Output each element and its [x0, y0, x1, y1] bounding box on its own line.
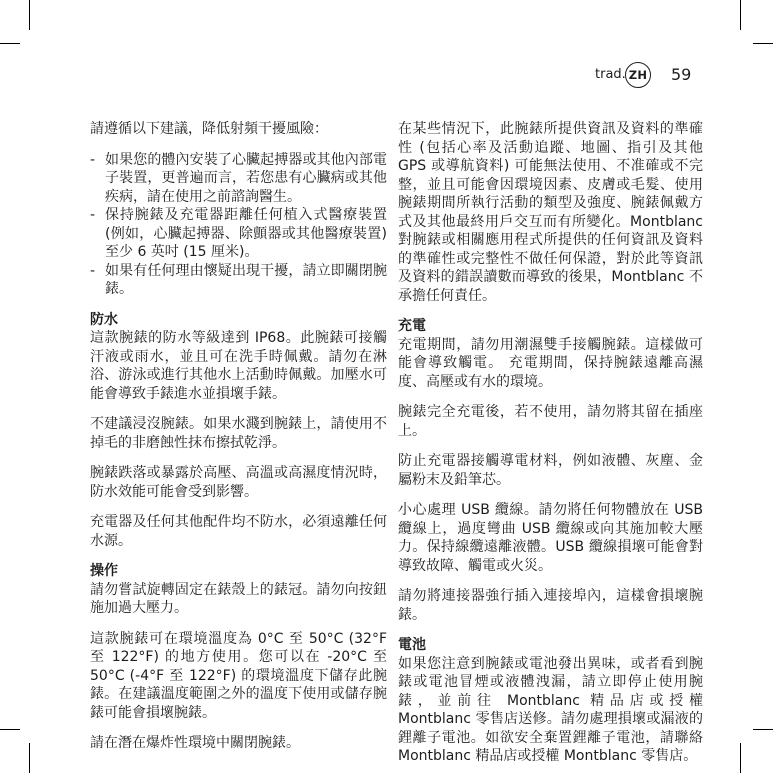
bullet-text-turn-off: 如果有任何理由懷疑出現干擾，請立即關閉腕錶。: [105, 262, 387, 299]
waterproof-paragraph: 腕錶跌落或暴露於高壓、高溫或高濕度情況時，防水效能可能會受到影響。: [90, 464, 387, 501]
bullet-item: - 如果有任何理由懷疑出現干擾，請立即關閉腕錶。: [90, 262, 387, 299]
section-heading-waterproof: 防水: [90, 311, 387, 330]
crop-mark-bottom-left-horizontal: [0, 729, 20, 730]
crop-mark-top-left-vertical: [29, 0, 30, 30]
section-operation: 操作 請勿嘗試旋轉固定在錶殼上的錶冠。請勿向按鈕施加過大壓力。 這款腕錶可在環境…: [90, 562, 387, 753]
charging-paragraph: 請勿將連接器強行插入連接埠內，這樣會損壞腕錶。: [398, 587, 703, 624]
waterproof-paragraph: 不建議浸沒腕錶。如果水濺到腕錶上，請使用不掉毛的非磨蝕性抹布擦拭乾淨。: [90, 415, 387, 452]
crop-mark-bottom-right-vertical: [740, 743, 741, 773]
bullet-dash: -: [90, 206, 105, 262]
bullet-dash: -: [90, 262, 105, 299]
section-charging: 充電 充電期間，請勿用潮濕雙手接觸腕錶。這樣做可能會導致觸電。 充電期間，保持腕…: [398, 317, 703, 624]
bullet-text-medical-distance: 保持腕錶及充電器距離任何植入式醫療裝置 (例如，心臟起搏器、除顫器或其他醫療裝置…: [105, 206, 387, 262]
operation-paragraph: 這款腕錶可在環境溫度為 0°C 至 50°C (32°F 至 122°F) 的地…: [90, 630, 387, 723]
charging-paragraph: 充電期間，請勿用潮濕雙手接觸腕錶。這樣做可能會導致觸電。 充電期間，保持腕錶遠離…: [398, 336, 703, 392]
section-heading-battery: 電池: [398, 636, 703, 655]
manual-page: trad. ZH 59 請遵循以下建議，降低射頻干擾風險： - 如果您的體內安裝…: [0, 0, 773, 773]
crop-mark-bottom-right-horizontal: [753, 729, 773, 730]
bullet-dash: -: [90, 151, 105, 207]
crop-mark-top-right-horizontal: [753, 43, 773, 44]
rf-interference-bullet-list: - 如果您的體內安裝了心臟起搏器或其他內部電子裝置，更普遍而言，若您患有心臟病或…: [90, 151, 387, 299]
bullet-text-pacemaker: 如果您的體內安裝了心臟起搏器或其他內部電子裝置，更普遍而言，若您患有心臟病或其他…: [105, 151, 387, 207]
data-accuracy-paragraph: 在某些情況下，此腕錶所提供資訊及資料的準確性 (包括心率及活動追蹤、地圖、指引及…: [398, 120, 703, 305]
waterproof-paragraph: 這款腕錶的防水等級達到 IP68。此腕錶可接觸汗液或雨水，並且可在洗手時佩戴。請…: [90, 329, 387, 403]
bullet-item: - 如果您的體內安裝了心臟起搏器或其他內部電子裝置，更普遍而言，若您患有心臟病或…: [90, 151, 387, 207]
waterproof-paragraph: 充電器及任何其他配件均不防水，必須遠離任何水源。: [90, 513, 387, 550]
battery-paragraph: 如果您注意到腕錶或電池發出異味，或者看到腕錶或電池冒煙或液體洩漏，請立即停止使用…: [398, 655, 703, 766]
edition-label: trad.: [595, 68, 626, 82]
bullet-item: - 保持腕錶及充電器距離任何植入式醫療裝置 (例如，心臟起搏器、除顫器或其他醫療…: [90, 206, 387, 262]
charging-paragraph: 腕錶完全充電後，若不使用，請勿將其留在插座上。: [398, 403, 703, 440]
language-badge: ZH: [625, 62, 651, 88]
crop-mark-top-left-horizontal: [0, 43, 20, 44]
right-column: 在某些情況下，此腕錶所提供資訊及資料的準確性 (包括心率及活動追蹤、地圖、指引及…: [398, 120, 703, 773]
page-number: 59: [671, 66, 691, 83]
left-column: 請遵循以下建議，降低射頻干擾風險： - 如果您的體內安裝了心臟起搏器或其他內部電…: [90, 120, 387, 765]
charging-paragraph: 小心處理 USB 纜線。請勿將任何物體放在 USB 纜線上，過度彎曲 USB 纜…: [398, 501, 703, 575]
rf-interference-intro: 請遵循以下建議，降低射頻干擾風險：: [90, 120, 387, 139]
section-waterproof: 防水 這款腕錶的防水等級達到 IP68。此腕錶可接觸汗液或雨水，並且可在洗手時佩…: [90, 311, 387, 551]
crop-mark-top-right-vertical: [740, 0, 741, 30]
operation-paragraph: 請勿嘗試旋轉固定在錶殼上的錶冠。請勿向按鈕施加過大壓力。: [90, 581, 387, 618]
operation-paragraph: 請在潛在爆炸性環境中關閉腕錶。: [90, 734, 387, 753]
charging-paragraph: 防止充電器接觸導電材料，例如液體、灰塵、金屬粉末及鉛筆芯。: [398, 452, 703, 489]
section-heading-charging: 充電: [398, 317, 703, 336]
section-battery: 電池 如果您注意到腕錶或電池發出異味，或者看到腕錶或電池冒煙或液體洩漏，請立即停…: [398, 636, 703, 766]
section-heading-operation: 操作: [90, 562, 387, 581]
crop-mark-bottom-left-vertical: [29, 743, 30, 773]
